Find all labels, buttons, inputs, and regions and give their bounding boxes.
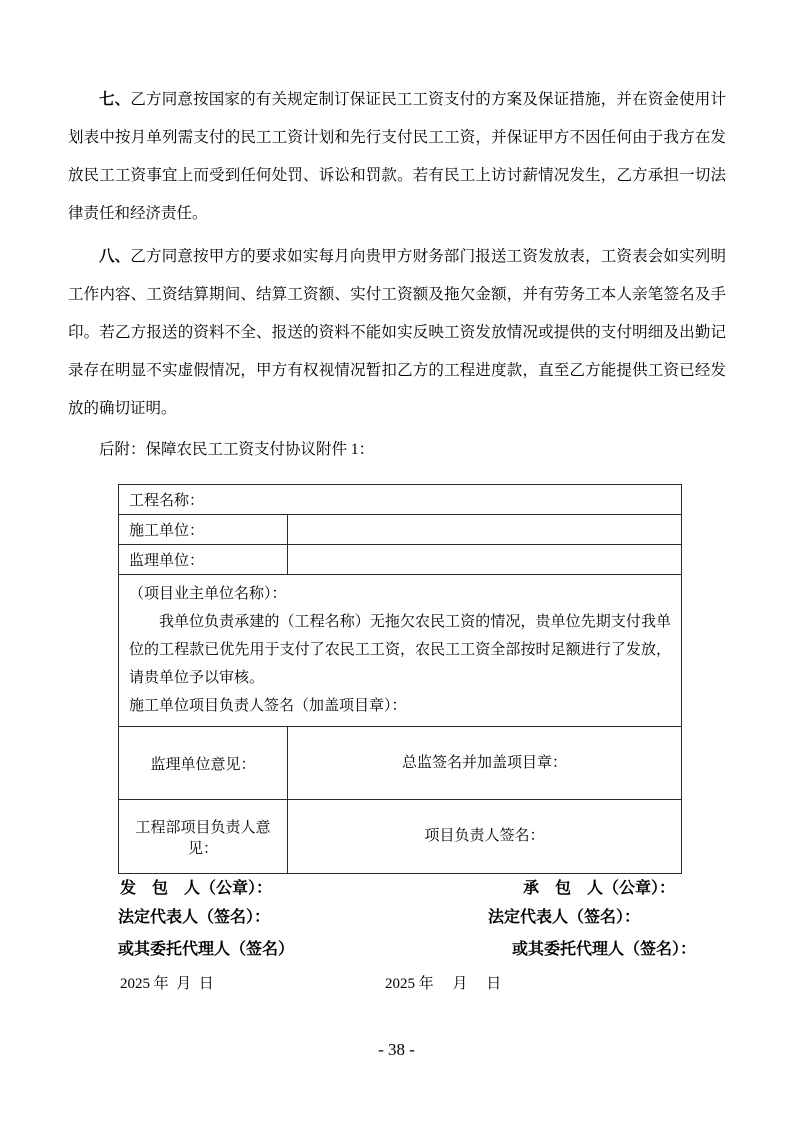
supervision-opinion-label: 监理单位意见：	[119, 727, 288, 800]
commitment-sign-line: 施工单位项目负责人签名（加盖项目章）：	[129, 692, 671, 720]
signature-date-row: 2025 年 月 日 2025 年 月 日	[68, 970, 726, 999]
table-row: 施工单位：	[119, 515, 682, 545]
contractor-party-label: 承 包 人（公章）：	[523, 874, 675, 903]
signature-block: 发 包 人（公章）： 承 包 人（公章）： 法定代表人（签名）： 法定代表人（签…	[68, 874, 726, 999]
signature-row-legal-rep: 法定代表人（签名）： 法定代表人（签名）：	[68, 903, 726, 932]
clause-seven-paragraph: 七、乙方同意按国家的有关规定制订保证民工工资支付的方案及保证措施，并在资金使用计…	[68, 81, 726, 233]
engineering-opinion-field[interactable]: 项目负责人签名：	[288, 800, 682, 874]
wage-payment-agreement-table: 工程名称： 施工单位： 监理单位： （项目业主单位名称）： 我单位负责承建的（工…	[118, 484, 682, 874]
supervision-unit-field[interactable]	[288, 545, 682, 575]
signature-row-party: 发 包 人（公章）： 承 包 人（公章）：	[68, 874, 726, 903]
project-name-cell[interactable]: 工程名称：	[119, 485, 682, 515]
construction-unit-field[interactable]	[288, 515, 682, 545]
clause-eight-text: 乙方同意按甲方的要求如实每月向贵甲方财务部门报送工资发放表，工资表会如实列明工作…	[68, 248, 726, 417]
contractor-date: 2025 年 月 日	[385, 970, 501, 999]
table-row: 工程部项目负责人意见： 项目负责人签名：	[119, 800, 682, 874]
contractor-agent-label: 或其委托代理人（签名）：	[512, 935, 696, 964]
construction-unit-label: 施工单位：	[119, 515, 288, 545]
attachment-note: 后附：保障农民工工资支付协议附件 1：	[68, 431, 726, 469]
employer-date: 2025 年 月 日	[120, 970, 214, 999]
commitment-cell: （项目业主单位名称）： 我单位负责承建的（工程名称）无拖欠农民工资的情况，贵单位…	[119, 575, 682, 727]
clause-seven-text: 乙方同意按国家的有关规定制订保证民工工资支付的方案及保证措施，并在资金使用计划表…	[68, 91, 726, 222]
contractor-legal-rep-label: 法定代表人（签名）：	[488, 903, 640, 932]
document-page: 七、乙方同意按国家的有关规定制订保证民工工资支付的方案及保证措施，并在资金使用计…	[0, 0, 793, 1122]
engineering-opinion-label: 工程部项目负责人意见：	[119, 800, 288, 874]
employer-agent-label: 或其委托代理人（签名）	[118, 935, 294, 964]
table-row: 工程名称：	[119, 485, 682, 515]
table-row: （项目业主单位名称）： 我单位负责承建的（工程名称）无拖欠农民工资的情况，贵单位…	[119, 575, 682, 727]
table-row: 监理单位：	[119, 545, 682, 575]
page-number: - 38 -	[0, 1040, 793, 1060]
signature-row-agent: 或其委托代理人（签名） 或其委托代理人（签名）：	[68, 935, 726, 964]
clause-seven-number: 七、	[99, 91, 130, 108]
clause-eight-number: 八、	[99, 248, 130, 265]
document-content: 七、乙方同意按国家的有关规定制订保证民工工资支付的方案及保证措施，并在资金使用计…	[0, 0, 793, 999]
clause-eight-paragraph: 八、乙方同意按甲方的要求如实每月向贵甲方财务部门报送工资发放表，工资表会如实列明…	[68, 238, 726, 428]
commitment-body: 我单位负责承建的（工程名称）无拖欠农民工资的情况，贵单位先期支付我单位的工程款已…	[129, 608, 671, 692]
commitment-salutation: （项目业主单位名称）：	[129, 580, 671, 608]
employer-party-label: 发 包 人（公章）：	[120, 874, 272, 903]
supervision-unit-label: 监理单位：	[119, 545, 288, 575]
supervision-opinion-field[interactable]: 总监签名并加盖项目章：	[288, 727, 682, 800]
employer-legal-rep-label: 法定代表人（签名）：	[118, 903, 270, 932]
table-row: 监理单位意见： 总监签名并加盖项目章：	[119, 727, 682, 800]
